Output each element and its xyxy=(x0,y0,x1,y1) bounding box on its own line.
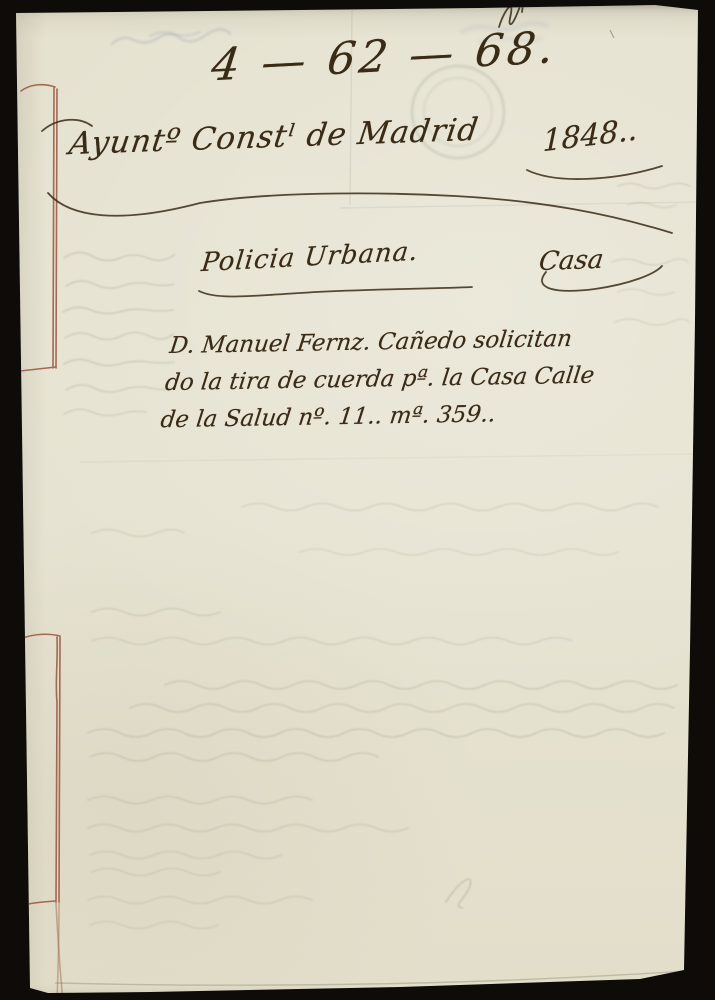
scan-background: 4 — 62 — 68. Ayuntº Constˡ de Madrid 184… xyxy=(0,0,715,1000)
category-label: Casa xyxy=(537,245,605,277)
binding-thread-top xyxy=(20,85,57,371)
institution-underline-swash xyxy=(48,193,672,233)
binding-thread-bottom xyxy=(20,634,63,1000)
section-underline xyxy=(199,287,472,297)
pencil-tick-mark xyxy=(610,30,614,38)
ghost-bleedthrough-text xyxy=(63,184,690,929)
body-text: D. Manuel Fernz. Cañedo solicitan do la … xyxy=(158,321,601,440)
manuscript-page: 4 — 62 — 68. Ayuntº Constˡ de Madrid 184… xyxy=(0,0,715,1000)
year-underline-swash xyxy=(527,166,662,179)
body-line-3: de la Salud nº. 11.. mª. 359.. xyxy=(158,395,591,440)
body-line-2: do la tira de cuerda pª. la Casa Calle xyxy=(163,358,596,403)
pencil-annotation-top-left xyxy=(112,29,230,44)
